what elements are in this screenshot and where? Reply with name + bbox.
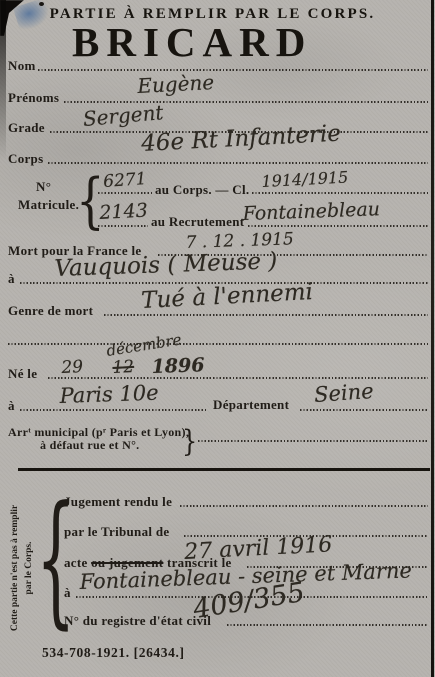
transcrit-prefix: acte xyxy=(64,555,91,570)
matricule-classe-handwriting: 1914/1915 xyxy=(261,167,349,191)
birth-year-handwriting: 1896 xyxy=(151,354,205,378)
birth-date-label: Né le xyxy=(8,366,37,382)
left-edge-shadow xyxy=(0,0,6,160)
matricule-line2-dots-a xyxy=(98,225,148,227)
grade-handwriting: Sergent xyxy=(82,100,164,131)
birth-day-handwriting: 29 xyxy=(61,357,84,378)
genre-mort-line xyxy=(104,314,428,316)
matricule-line2-dots-b xyxy=(248,225,428,227)
departement-label: Département xyxy=(213,397,289,413)
matricule-corps-number-handwriting: 6271 xyxy=(103,169,148,192)
prenoms-label: Prénoms xyxy=(8,90,59,106)
matricule-recrutement-number-handwriting: 2143 xyxy=(99,199,148,224)
birth-month-struck-handwriting: 12 xyxy=(112,357,135,378)
departement-handwriting: Seine xyxy=(313,379,374,407)
departement-line xyxy=(300,409,428,411)
corps-handwriting: 46e Rt Infanterie xyxy=(141,121,342,157)
mort-lieu-label: à xyxy=(8,271,15,287)
nom-line xyxy=(38,69,428,71)
birth-place-label: à xyxy=(8,398,15,414)
prenoms-handwriting: Eugène xyxy=(137,70,215,98)
blank-line xyxy=(8,343,428,345)
matricule-corps-suffix: au Corps. — Cl. xyxy=(155,182,249,198)
right-edge-border xyxy=(431,0,434,677)
grade-label: Grade xyxy=(8,120,45,136)
surname-stamp: BRICARD xyxy=(72,18,312,66)
matricule-recrutement-place-handwriting: Fontainebleau xyxy=(242,198,380,225)
corps-line xyxy=(48,162,428,164)
imprint-text: 534-708-1921. [26434.] xyxy=(42,645,185,661)
arrondissement-label-line2: à défaut rue et N°. xyxy=(40,438,139,453)
prenoms-line xyxy=(64,101,428,103)
registre-label: N° du registre d'état civil xyxy=(64,613,211,629)
arrondissement-brace: } xyxy=(182,427,197,457)
arrondissement-line xyxy=(198,440,428,442)
military-death-record-card: PARTIE À REMPLIR PAR LE CORPS. BRICARD N… xyxy=(0,0,435,677)
jugement-rendu-label: Jugement rendu le xyxy=(64,494,172,510)
genre-mort-handwriting: Tué à l'ennemi xyxy=(141,279,314,314)
birth-place-handwriting: Paris 10e xyxy=(59,381,159,408)
corps-label: Corps xyxy=(8,151,43,167)
genre-mort-label: Genre de mort xyxy=(8,303,93,319)
transcrit-date-handwriting: 27 avril 1916 xyxy=(184,532,333,565)
nom-label: Nom xyxy=(8,58,36,74)
jugement-rendu-line xyxy=(180,505,428,507)
matricule-line1-dots-a xyxy=(98,192,152,194)
matricule-label-no: N° xyxy=(36,179,51,195)
matricule-line1-dots-b xyxy=(252,192,428,194)
matricule-recrutement-suffix: au Recrutement xyxy=(151,214,244,230)
matricule-label: Matricule. xyxy=(18,197,79,213)
tribunal-label: par le Tribunal de xyxy=(64,524,169,540)
birth-place-line xyxy=(20,409,208,411)
transcrit-lieu-label: à xyxy=(64,585,71,601)
registre-line xyxy=(227,624,428,626)
section-divider-rule xyxy=(18,468,430,471)
